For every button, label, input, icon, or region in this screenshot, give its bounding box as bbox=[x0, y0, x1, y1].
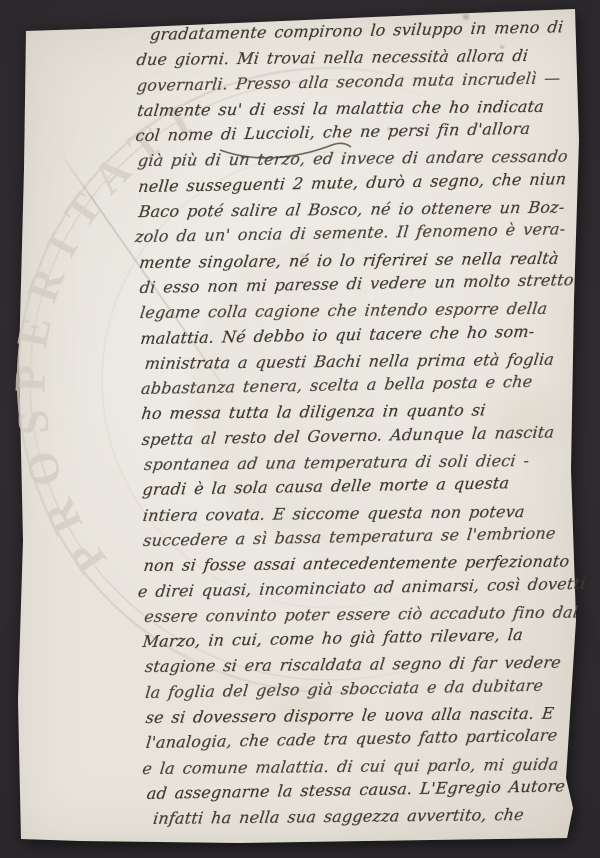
manuscript-text: gradatamente compirono lo sviluppo in me… bbox=[136, 16, 589, 832]
photo-background: PROSPERITATI gradatamente compirono lo s… bbox=[0, 0, 600, 858]
manuscript-line: infatti ha nella sua saggezza avvertito,… bbox=[152, 801, 590, 831]
